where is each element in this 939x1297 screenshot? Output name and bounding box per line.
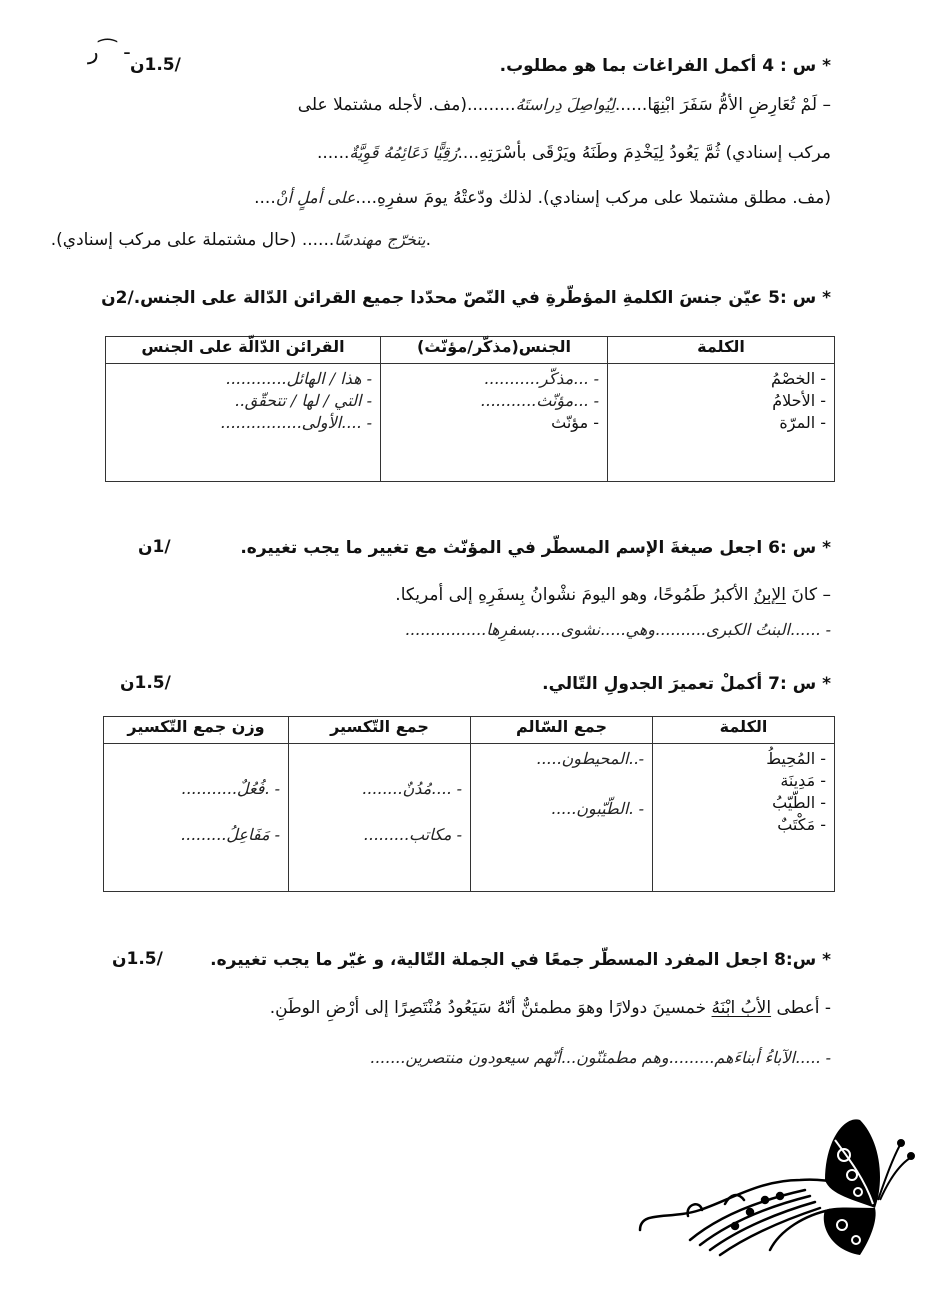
q5-clues[interactable]: - التي / لها / تتحقّق.. [114,390,372,412]
q6-sentence-start: – كانَ [786,585,831,605]
q4-line1: – لَمْ تُعَارِضِ الأمُّ سَفَرَ ابْنِهَا.… [298,95,831,115]
q8-sentence: - أعطى الأبُ ابْنَهُ خمسينَ دولارًا وهوَ… [270,998,831,1018]
q7-wazn[interactable]: - مَفَاعِلُ......... [112,812,280,858]
q7-title: * س :7 أكملْ تعميرَ الجدولِ التّالي. [542,674,831,694]
q4-line2: مركب إسنادي) ثُمَّ يَعُودُ لِيَخْدِمَ وط… [317,143,831,163]
q7-word: - مَدِينَة [661,770,826,792]
q7-word: - مَكْتَبٌ [661,814,826,836]
q5-header-word: الكلمة [608,337,835,364]
q8-title: * س:8 اجعل المفرد المسطّر جمعًا في الجمل… [210,950,831,970]
q7-salim[interactable]: - .الطّيّبون..... [479,798,644,820]
q7-header-word: الكلمة [653,717,835,744]
q7-taksir[interactable]: - مكاتب......... [297,812,462,858]
q7-taksir-column: - ....مُدُنٌ........ - مكاتب......... [289,744,471,892]
q8-sentence-start: - أعطى [771,998,831,1018]
corner-scribble: ر⁀ - [88,40,131,65]
q5-gender-column: - ...مذكّر........... - ...مؤنّث........… [381,364,608,482]
q4-line2-printed: مركب إسنادي) ثُمَّ يَعُودُ لِيَخْدِمَ وط… [479,143,831,163]
q7-header-wazn: وزن جمع التّكسير [104,717,289,744]
q5-clues-column: - هذا / الهائل............ - التي / لها … [106,364,381,482]
q5-title: * س :5 عيّن جنسَ الكلمةِ المؤطّرةِ في ال… [101,288,831,308]
q7-taksir[interactable]: - ....مُدُنٌ........ [297,766,462,812]
q6-sentence: – كانَ الإبنُ الأكبرُ طَمُوحًا، وهو اليو… [395,585,831,605]
q4-line3-answer[interactable]: على أملٍ أنْ [276,188,356,207]
q5-word-column: - الخصْمُ - الأحلامُ - المرّة [608,364,835,482]
q4-line1-hint: (مف. لأجله مشتملا على [298,95,467,115]
q6-mark: /1ن [138,537,171,557]
q7-table: الكلمة جمع السّالم جمع التّكسير وزن جمع … [103,716,835,892]
q4-title: * س : 4 أكمل الفراغات بما هو مطلوب. [500,56,831,76]
q4-line4-hint: (حال مشتملة على مركب إسنادي). [51,230,297,250]
q5-gender: - مؤنّث [389,412,599,434]
q7-wazn[interactable]: - .فُعُلٌ........... [112,766,280,812]
q4-line2-answer[interactable]: رُقِيًّا دَعَائِمُهُ قَوِيَّةٌ [349,143,457,162]
q5-word: - الخصْمُ [616,368,826,390]
q7-salim-column: -..المحيطون..... - .الطّيّبون..... [471,744,653,892]
q5-gender[interactable]: - ...مذكّر........... [389,368,599,390]
q6-underlined-word: الإبنُ [754,585,786,605]
q5-word: - الأحلامُ [616,390,826,412]
q5-header-clues: القرائن الدّالّة على الجنس [106,337,381,364]
q4-line1-answer[interactable]: لِيُواصِلَ دِراستَهُ [516,95,615,114]
q7-word: - الطّيّبُ [661,792,826,814]
q7-word: - المُحِيطُ [661,748,826,770]
q5-gender[interactable]: - ...مؤنّث........... [389,390,599,412]
q5-clues[interactable]: - ....الأولى................ [114,412,372,434]
q4-line3-printed: (مف. مطلق مشتملا على مركب إسنادي). لذلك … [377,188,831,208]
q4-line4: .يتخرّج مهندسًا...... (حال مشتملة على مر… [51,230,431,250]
q8-mark: /1.5ن [112,949,163,969]
q5-word: - المرّة [616,412,826,434]
q4-mark: /1.5ن [130,55,181,75]
q4-line3: (مف. مطلق مشتملا على مركب إسنادي). لذلك … [254,188,831,208]
q4-line4-answer[interactable]: يتخرّج مهندسًا [334,230,425,249]
q5-clues[interactable]: - هذا / الهائل............ [114,368,372,390]
q8-answer[interactable]: - .....الآباءُ أبناءَهم.........وهم مطمئ… [370,1048,831,1067]
q7-header-taksir: جمع التّكسير [289,717,471,744]
q7-word-column: - المُحِيطُ - مَدِينَة - الطّيّبُ - مَكْ… [653,744,835,892]
q7-salim[interactable]: -..المحيطون..... [479,748,644,770]
q7-wazn-column: - .فُعُلٌ........... - مَفَاعِلُ........… [104,744,289,892]
q7-header-salim: جمع السّالم [471,717,653,744]
q5-header-gender: الجنس(مذكّر/مؤنّث) [381,337,608,364]
q8-underlined-word: الأبُ ابْنَهُ [712,998,772,1018]
q4-line1-printed: – لَمْ تُعَارِضِ الأمُّ سَفَرَ ابْنِهَا [647,95,831,115]
q7-mark: /1.5ن [120,673,171,693]
q6-title: * س :6 اجعل صيغةَ الإسم المسطّر في المؤن… [240,538,831,558]
q6-sentence-end: الأكبرُ طَمُوحًا، وهو اليومَ نشْوانُ بِس… [395,585,754,605]
q5-table: الكلمة الجنس(مذكّر/مؤنّث) القرائن الدّال… [105,336,835,482]
butterfly-music-notes-icon [630,1100,930,1260]
q8-sentence-end: خمسينَ دولارًا وهوَ مطمئنٌّ أنّهُ سَيَعُ… [270,998,712,1018]
q6-answer[interactable]: - ......البنتُ الكبرى..........وهي.....ن… [405,620,831,639]
